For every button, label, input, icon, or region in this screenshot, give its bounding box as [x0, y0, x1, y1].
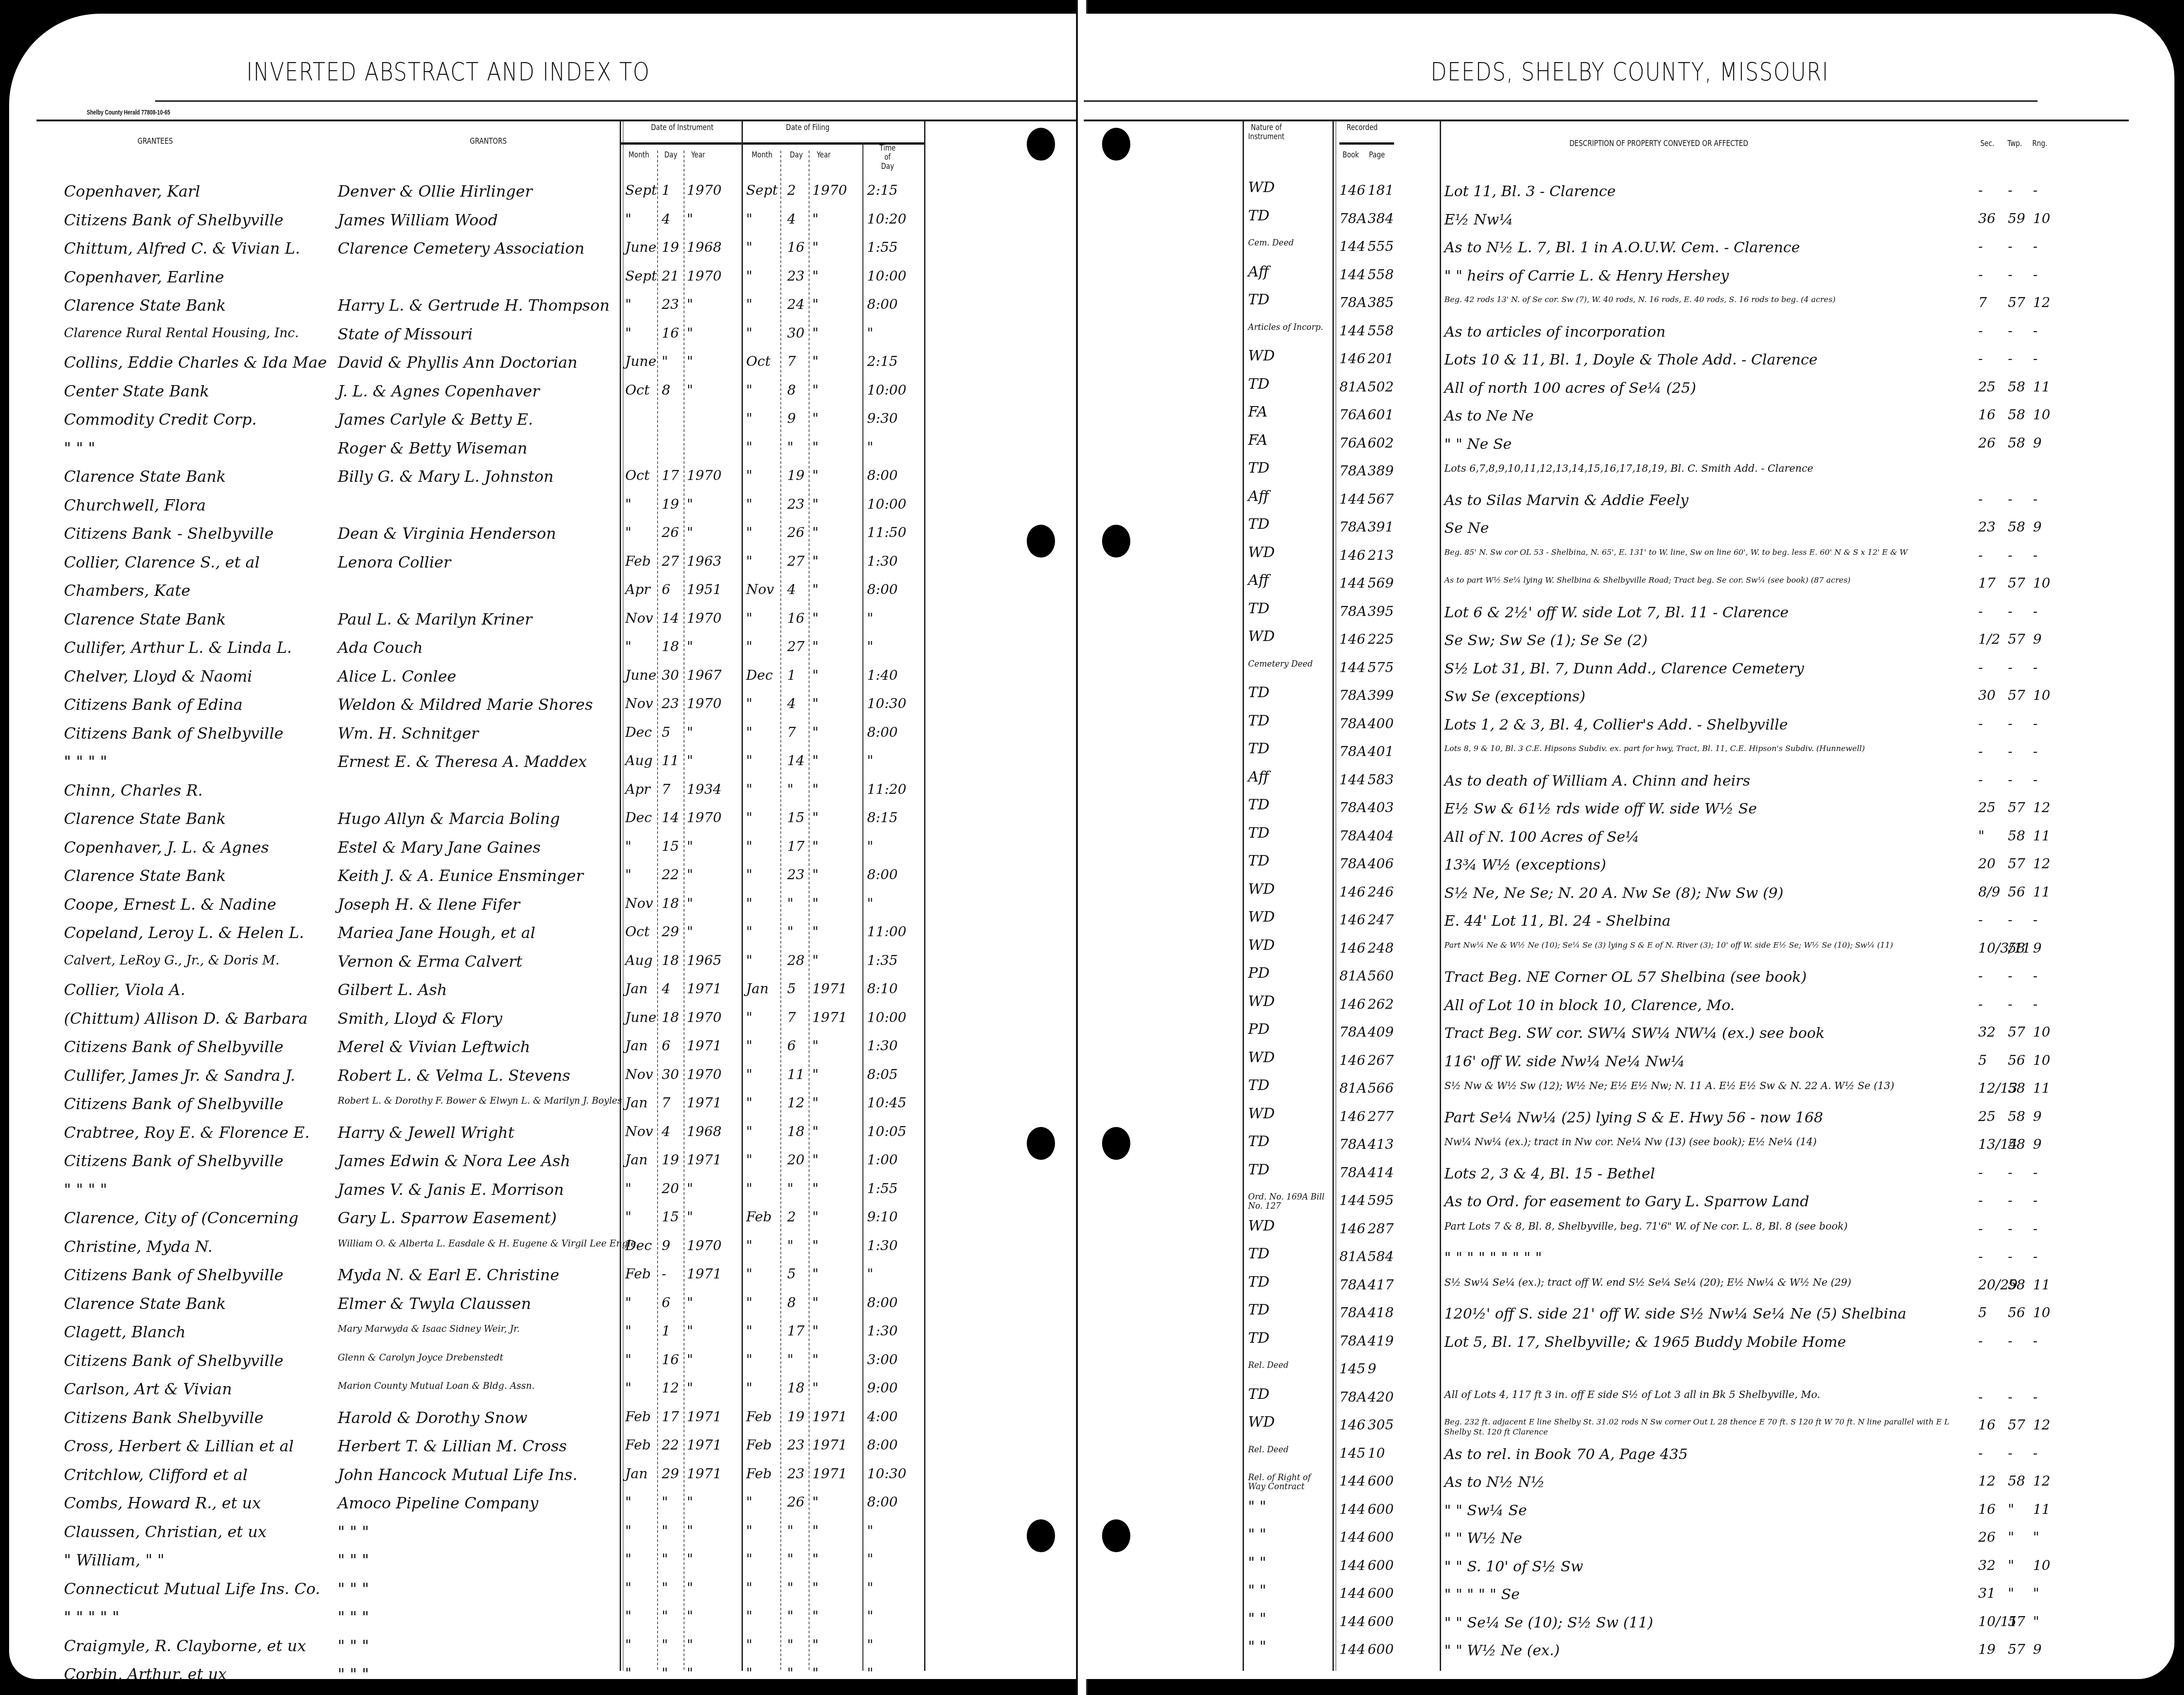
- page-cell: 385: [1368, 295, 1394, 311]
- instrument-day-cell: ": [662, 1665, 668, 1681]
- book-cell: 78A: [1339, 211, 1367, 227]
- instrument-day-cell: 30: [662, 1067, 679, 1083]
- ledger-row: " " " " "" " """""""": [9, 1608, 926, 1637]
- filing-year-cell: ": [812, 525, 819, 541]
- filing-month-cell: ": [746, 839, 752, 855]
- book-cell: 78A: [1339, 716, 1367, 732]
- instrument-year-cell: 1971: [687, 1437, 721, 1453]
- instrument-month-cell: Feb: [625, 1409, 651, 1425]
- nature-cell: Aff: [1248, 575, 1330, 584]
- instrument-month-cell: Feb: [625, 1266, 651, 1282]
- ledger-row: " William, " "" " """""""": [9, 1551, 926, 1580]
- grantee-cell: (Chittum) Allison D. & Barbara: [64, 1010, 308, 1028]
- grantee-cell: Citizens Bank of Edina: [64, 696, 243, 714]
- filing-month-cell: ": [746, 725, 752, 741]
- filing-year-cell: ": [812, 297, 819, 313]
- nature-cell: FA: [1248, 407, 1330, 416]
- sec-cell: -: [1978, 548, 1983, 563]
- instrument-day-cell: 17: [662, 468, 679, 484]
- instrument-year-cell: ": [687, 354, 693, 370]
- ledger-row: Collins, Eddie Charles & Ida MaeDavid & …: [9, 354, 926, 382]
- filing-month-cell: ": [746, 1380, 752, 1396]
- page-cell: 277: [1368, 1109, 1394, 1125]
- filing-day-cell: 4: [787, 582, 796, 598]
- filing-year-cell: ": [812, 1124, 819, 1140]
- time-of-day-cell: 2:15: [867, 183, 898, 198]
- rng-cell: -: [2033, 996, 2038, 1012]
- grantor-cell: " " ": [338, 1551, 369, 1570]
- instrument-year-cell: ": [687, 1494, 693, 1510]
- instrument-year-cell: ": [687, 896, 693, 912]
- sec-cell: 31: [1978, 1585, 1996, 1601]
- book-cell: 81A: [1339, 1249, 1367, 1265]
- time-of-day-cell: ": [867, 325, 873, 341]
- time-of-day-cell: 8:00: [867, 1494, 898, 1510]
- ledger-row: " "144600" " W½ Ne (ex.)19579: [1084, 1642, 2088, 1670]
- instrument-day-cell: 18: [662, 896, 679, 912]
- nature-cell: WD: [1248, 1053, 1330, 1062]
- instrument-year-cell: 1971: [687, 1152, 721, 1168]
- instrument-month-cell: Jan: [625, 1038, 648, 1054]
- ledger-row: Rel. Deed14510As to rel. in Book 70 A, P…: [1084, 1445, 2088, 1474]
- sec-cell: -: [1978, 1221, 1983, 1237]
- filing-day-cell: 7: [787, 725, 796, 741]
- filing-month-cell: ": [746, 1551, 752, 1567]
- nature-cell: Articles of Incorp.: [1248, 323, 1330, 332]
- nature-cell: " ": [1248, 1614, 1330, 1623]
- ledger-row: PD78A409Tract Beg. SW cor. SW¼ SW¼ NW¼ (…: [1084, 1024, 2088, 1053]
- grantee-cell: Crabtree, Roy E. & Florence E.: [64, 1124, 309, 1142]
- sec-cell: -: [1978, 1389, 1983, 1405]
- nature-cell: Aff: [1248, 772, 1330, 781]
- instrument-day-cell: 20: [662, 1181, 679, 1197]
- time-of-day-cell: 1:00: [867, 1152, 898, 1168]
- description-cell: Beg. 232 ft. adjacent E line Shelby St. …: [1444, 1417, 1974, 1437]
- filing-year-cell: ": [812, 411, 819, 427]
- nature-cell: WD: [1248, 884, 1330, 893]
- filing-day-cell: 9: [787, 411, 796, 427]
- book-cell: 78A: [1339, 295, 1367, 311]
- filing-month-cell: ": [746, 297, 752, 313]
- ledger-row: Clagett, BlanchMary Marwyda & Isaac Sidn…: [9, 1323, 926, 1352]
- sec-cell: -: [1978, 996, 1983, 1012]
- binder-hole: [1027, 525, 1055, 558]
- description-cell: Lots 2, 3 & 4, Bl. 15 - Bethel: [1444, 1165, 1655, 1182]
- grantor-cell: Dean & Virginia Henderson: [338, 525, 556, 543]
- sec-cell: 12: [1978, 1473, 1996, 1489]
- instrument-year-cell: 1970: [687, 1010, 721, 1026]
- instrument-day-cell: 18: [662, 953, 679, 969]
- ledger-row: TD78A389Lots 6,7,8,9,10,11,12,13,14,15,1…: [1084, 463, 2088, 492]
- rng-cell: 12: [2033, 800, 2050, 816]
- instrument-month-cell: ": [625, 1352, 632, 1368]
- ledger-row: Clarence State BankBilly G. & Mary L. Jo…: [9, 468, 926, 496]
- filing-year-cell: ": [812, 1637, 819, 1653]
- page-cell: 595: [1368, 1193, 1394, 1209]
- description-cell: E½ Nw¼: [1444, 211, 1513, 228]
- ledger-row: Clarence Rural Rental Housing, Inc.State…: [9, 325, 926, 354]
- instrument-day-cell: 8: [662, 382, 670, 398]
- filing-month-cell: ": [746, 268, 752, 284]
- grantee-cell: " William, " ": [64, 1551, 165, 1570]
- rng-cell: -: [2033, 912, 2038, 928]
- filing-year-cell: 1971: [812, 981, 847, 997]
- page-cell: 384: [1368, 211, 1394, 227]
- page-cell: 225: [1368, 631, 1394, 647]
- page-cell: 417: [1368, 1277, 1394, 1293]
- instrument-month-cell: Nov: [625, 610, 653, 626]
- instrument-month-cell: Dec: [625, 725, 652, 741]
- instrument-day-cell: 23: [662, 297, 679, 313]
- description-cell: All of N. 100 Acres of Se¼: [1444, 828, 1640, 845]
- ledger-row: Citizens Bank of EdinaWeldon & Mildred M…: [9, 696, 926, 725]
- printer-imprint: Shelby County Herald 77808-10-65: [87, 109, 170, 116]
- instrument-year-cell: ": [687, 1352, 693, 1368]
- description-cell: 116' off W. side Nw¼ Ne¼ Nw¼: [1444, 1053, 1685, 1070]
- instrument-year-cell: 1970: [687, 610, 721, 626]
- book-cell: 145: [1339, 1445, 1365, 1461]
- filing-day-cell: ": [787, 924, 794, 940]
- time-of-day-cell: 9:10: [867, 1209, 898, 1225]
- grantee-cell: Churchwell, Flora: [64, 496, 206, 515]
- page-cell: 420: [1368, 1389, 1394, 1405]
- sec-cell: -: [1978, 351, 1983, 367]
- ledger-row: WD146277Part Se¼ Nw¼ (25) lying S & E. H…: [1084, 1109, 2088, 1137]
- twp-cell: 57: [2008, 295, 2025, 311]
- time-of-day-cell: ": [867, 1637, 873, 1653]
- instrument-month-cell: ": [625, 525, 632, 541]
- instrument-month-cell: Jan: [625, 1152, 648, 1168]
- filing-year-cell: ": [812, 240, 819, 256]
- col-header-sec: Sec.: [1980, 139, 1995, 148]
- grantee-cell: " " " " ": [64, 1608, 119, 1627]
- instrument-day-cell: ": [662, 1551, 668, 1567]
- grantor-cell: Herbert T. & Lillian M. Cross: [338, 1437, 567, 1455]
- instrument-month-cell: Jan: [625, 981, 648, 997]
- filing-day-cell: 23: [787, 268, 805, 284]
- page-cell: 181: [1368, 183, 1394, 198]
- rng-cell: -: [2033, 267, 2038, 283]
- filing-year-cell: ": [812, 582, 819, 598]
- rng-cell: 9: [2033, 519, 2042, 535]
- binder-hole: [1102, 1519, 1130, 1552]
- filing-year-cell: 1971: [812, 1409, 847, 1425]
- col-header-nature: Nature of Instrument: [1243, 123, 1290, 141]
- instrument-month-cell: Sept: [625, 268, 657, 284]
- time-of-day-cell: 2:15: [867, 354, 898, 370]
- filing-month-cell: Feb: [746, 1437, 772, 1453]
- ledger-row: Connecticut Mutual Life Ins. Co." " """"…: [9, 1580, 926, 1609]
- page-cell: 404: [1368, 828, 1394, 844]
- instrument-month-cell: ": [625, 1551, 632, 1567]
- grantee-cell: " " ": [64, 439, 95, 458]
- instrument-year-cell: 1971: [687, 1466, 721, 1482]
- sec-cell: 19: [1978, 1642, 1996, 1658]
- book-cell: 146: [1339, 548, 1365, 563]
- rng-cell: 11: [2033, 1080, 2050, 1096]
- page-cell: 600: [1368, 1585, 1394, 1601]
- instrument-month-cell: Jan: [625, 1466, 648, 1482]
- grantee-cell: Citizens Bank of Shelbyville: [64, 1352, 283, 1370]
- instrument-day-cell: 14: [662, 810, 679, 826]
- filing-month-cell: ": [746, 325, 752, 341]
- book-cell: 144: [1339, 1502, 1365, 1518]
- instrument-day-cell: 11: [662, 753, 679, 769]
- grantee-cell: Calvert, LeRoy G., Jr., & Doris M.: [64, 953, 279, 968]
- twp-cell: -: [2008, 1249, 2012, 1265]
- instrument-month-cell: ": [625, 867, 632, 883]
- description-cell: Sw Se (exceptions): [1444, 688, 1585, 705]
- book-cell: 145: [1339, 1361, 1365, 1377]
- grantee-cell: Clarence State Bank: [64, 297, 226, 315]
- instrument-day-cell: 4: [662, 211, 670, 227]
- grantee-cell: Collins, Eddie Charles & Ida Mae: [64, 354, 327, 372]
- time-of-day-cell: 1:30: [867, 1323, 898, 1339]
- filing-day-cell: 11: [787, 1067, 805, 1083]
- instrument-day-cell: 27: [662, 553, 679, 569]
- book-cell: 146: [1339, 183, 1365, 198]
- filing-month-cell: ": [746, 496, 752, 512]
- ledger-row: TD78A384E½ Nw¼365910: [1084, 211, 2088, 240]
- filing-day-cell: 8: [787, 1295, 796, 1311]
- book-cell: 146: [1339, 631, 1365, 647]
- time-of-day-cell: 8:00: [867, 1437, 898, 1453]
- grantee-cell: Chittum, Alfred C. & Vivian L.: [64, 240, 300, 258]
- time-of-day-cell: 8:00: [867, 867, 898, 883]
- ledger-row: Claussen, Christian, et ux" " """""""": [9, 1523, 926, 1552]
- col-header-month: Month: [625, 151, 653, 160]
- filing-day-cell: 2: [787, 1209, 796, 1225]
- instrument-year-cell: ": [687, 297, 693, 313]
- book-cell: 144: [1339, 267, 1365, 283]
- grantor-cell: James Edwin & Nora Lee Ash: [338, 1152, 570, 1170]
- instrument-month-cell: Apr: [625, 782, 650, 798]
- ledger-row: TD78A414Lots 2, 3 & 4, Bl. 15 - Bethel--…: [1084, 1165, 2088, 1194]
- sec-cell: 32: [1978, 1024, 1996, 1040]
- grantor-cell: Glenn & Carolyn Joyce Drebenstedt: [338, 1352, 503, 1363]
- ledger-row: Cemetery Deed144575S½ Lot 31, Bl. 7, Dun…: [1084, 660, 2088, 688]
- nature-cell: Cemetery Deed: [1248, 660, 1330, 669]
- time-of-day-cell: 10:00: [867, 496, 906, 512]
- twp-cell: -: [2008, 491, 2012, 507]
- page-cell: 247: [1368, 912, 1394, 928]
- page-cell: 566: [1368, 1080, 1394, 1096]
- description-cell: As to Silas Marvin & Addie Feely: [1444, 491, 1688, 509]
- time-of-day-cell: 8:00: [867, 468, 898, 484]
- page-cell: 246: [1368, 884, 1394, 900]
- filing-year-cell: ": [812, 1665, 819, 1681]
- page-cell: 287: [1368, 1221, 1394, 1237]
- filing-day-cell: 4: [787, 211, 796, 227]
- ledger-row: Copenhaver, EarlineSept211970"23"10:00: [9, 268, 926, 297]
- twp-cell: 58: [2008, 828, 2025, 844]
- grantee-cell: Center State Bank: [64, 382, 209, 401]
- filing-year-cell: ": [812, 924, 819, 940]
- ledger-row: Copeland, Leroy L. & Helen L.Mariea Jane…: [9, 924, 926, 953]
- instrument-year-cell: ": [687, 1580, 693, 1596]
- time-of-day-cell: 4:00: [867, 1409, 898, 1425]
- filing-month-cell: ": [746, 1266, 752, 1282]
- twp-cell: ": [2008, 1502, 2014, 1518]
- filing-month-cell: ": [746, 782, 752, 798]
- page-cell: 600: [1368, 1614, 1394, 1630]
- grantee-cell: Christine, Myda N.: [64, 1238, 213, 1256]
- filing-day-cell: ": [787, 782, 794, 798]
- description-cell: " " " " " Se: [1444, 1585, 1520, 1603]
- nature-cell: TD: [1248, 1165, 1330, 1174]
- twp-cell: 58: [2008, 435, 2025, 451]
- page-cell: 413: [1368, 1137, 1394, 1153]
- filing-day-cell: 23: [787, 496, 805, 512]
- instrument-month-cell: June: [625, 240, 656, 256]
- col-header-filing-day: Day: [787, 151, 806, 160]
- instrument-day-cell: 30: [662, 668, 679, 683]
- nature-cell: WD: [1248, 631, 1330, 641]
- rng-cell: 9: [2033, 1109, 2042, 1125]
- time-of-day-cell: 11:00: [867, 924, 906, 940]
- filing-day-cell: 7: [787, 1010, 796, 1026]
- time-of-day-cell: ": [867, 1580, 873, 1596]
- rng-cell: ": [2033, 1529, 2039, 1545]
- instrument-month-cell: Oct: [625, 924, 649, 940]
- instrument-day-cell: 29: [662, 1466, 679, 1482]
- grantor-cell: " " ": [338, 1523, 369, 1541]
- filing-year-cell: ": [812, 1067, 819, 1083]
- instrument-day-cell: -: [662, 1266, 666, 1282]
- grantor-cell: State of Missouri: [338, 325, 473, 344]
- col-header-date-instrument: Date of Instrument: [632, 123, 733, 132]
- rng-cell: 10: [2033, 211, 2050, 227]
- instrument-month-cell: ": [625, 1323, 632, 1339]
- instrument-month-cell: ": [625, 496, 632, 512]
- book-cell: 78A: [1339, 688, 1367, 704]
- ledger-row: " " " "James V. & Janis E. Morrison"20""…: [9, 1181, 926, 1210]
- grantor-cell: John Hancock Mutual Life Ins.: [338, 1466, 577, 1484]
- instrument-day-cell: ": [662, 1494, 668, 1510]
- filing-month-cell: ": [746, 1665, 752, 1681]
- nature-cell: TD: [1248, 1305, 1330, 1314]
- sec-cell: ": [1978, 828, 1985, 844]
- description-cell: Se Ne: [1444, 519, 1489, 537]
- filing-year-cell: ": [812, 1494, 819, 1510]
- col-header-description: DESCRIPTION OF PROPERTY CONVEYED OR AFFE…: [1523, 139, 1795, 148]
- filing-month-cell: ": [746, 1637, 752, 1653]
- rng-cell: -: [2033, 1193, 2038, 1209]
- grantee-cell: Citizens Bank of Shelbyville: [64, 1266, 283, 1284]
- rng-cell: -: [2033, 323, 2038, 339]
- instrument-year-cell: 1934: [687, 782, 721, 798]
- filing-day-cell: ": [787, 896, 794, 912]
- rng-cell: 12: [2033, 1473, 2050, 1489]
- instrument-day-cell: 15: [662, 1209, 679, 1225]
- twp-cell: -: [2008, 968, 2012, 984]
- page-cell: 9: [1368, 1361, 1376, 1377]
- nature-cell: Ord. No. 169A Bill No. 127: [1248, 1193, 1330, 1211]
- filing-day-cell: ": [787, 1238, 794, 1254]
- filing-year-cell: ": [812, 639, 819, 655]
- time-of-day-cell: 10:00: [867, 1010, 906, 1026]
- nature-cell: WD: [1248, 996, 1330, 1006]
- filing-day-cell: 16: [787, 240, 805, 256]
- col-header-time: Time of Day: [878, 144, 898, 171]
- ledger-row: " " " "Ernest E. & Theresa A. MaddexAug1…: [9, 753, 926, 782]
- sec-cell: 26: [1978, 1529, 1996, 1545]
- grantee-cell: Commodity Credit Corp.: [64, 411, 257, 429]
- nature-cell: " ": [1248, 1502, 1330, 1511]
- description-cell: Lot 6 & 2½' off W. side Lot 7, Bl. 11 - …: [1444, 604, 1789, 621]
- description-cell: " " " " " " " " ": [1444, 1249, 1542, 1266]
- filing-month-cell: ": [746, 1067, 752, 1083]
- ledger-row: Citizens Bank of ShelbyvilleGlenn & Caro…: [9, 1352, 926, 1381]
- description-cell: As to Ord. for easement to Gary L. Sparr…: [1444, 1193, 1809, 1210]
- col-header-book: Book: [1341, 151, 1361, 160]
- filing-year-cell: ": [812, 1352, 819, 1368]
- ledger-row: Citizens Bank of ShelbyvilleJames Edwin …: [9, 1152, 926, 1181]
- filing-year-cell: ": [812, 268, 819, 284]
- time-of-day-cell: ": [867, 896, 873, 912]
- rule: [1084, 120, 2129, 121]
- instrument-day-cell: ": [662, 1523, 668, 1539]
- instrument-month-cell: ": [625, 297, 632, 313]
- nature-cell: Aff: [1248, 267, 1330, 276]
- filing-day-cell: ": [787, 1665, 794, 1681]
- book-cell: 144: [1339, 1529, 1365, 1545]
- grantor-cell: " " ": [338, 1608, 369, 1627]
- nature-cell: TD: [1248, 1249, 1330, 1258]
- filing-year-cell: ": [812, 382, 819, 398]
- ledger-row: Citizens Bank ShelbyvilleHarold & Doroth…: [9, 1409, 926, 1438]
- book-cell: 78A: [1339, 463, 1367, 479]
- description-cell: " " heirs of Carrie L. & Henry Hershey: [1444, 267, 1729, 284]
- instrument-year-cell: ": [687, 211, 693, 227]
- description-cell: Beg. 42 rods 13' N. of Se cor. Sw (7), W…: [1444, 295, 1835, 305]
- description-cell: Lot 11, Bl. 3 - Clarence: [1444, 183, 1616, 200]
- description-cell: As to Ne Ne: [1444, 407, 1534, 424]
- twp-cell: -: [2008, 239, 2012, 255]
- nature-cell: TD: [1248, 856, 1330, 865]
- ledger-row: Critchlow, Clifford et alJohn Hancock Mu…: [9, 1466, 926, 1495]
- instrument-year-cell: 1970: [687, 183, 721, 198]
- instrument-year-cell: ": [687, 1209, 693, 1225]
- instrument-day-cell: 19: [662, 240, 679, 256]
- instrument-month-cell: Nov: [625, 1067, 653, 1083]
- filing-year-cell: ": [812, 553, 819, 569]
- grantor-cell: Mary Marwyda & Isaac Sidney Weir, Jr.: [338, 1323, 520, 1334]
- ledger-row: TD78A404All of N. 100 Acres of Se¼"5811: [1084, 828, 2088, 857]
- rng-cell: 12: [2033, 1417, 2050, 1433]
- page-cell: 558: [1368, 267, 1394, 283]
- ledger-row: Commodity Credit Corp.James Carlyle & Be…: [9, 411, 926, 439]
- sec-cell: -: [1978, 716, 1983, 732]
- grantor-cell: Harry & Jewell Wright: [338, 1124, 514, 1142]
- ledger-row: Calvert, LeRoy G., Jr., & Doris M.Vernon…: [9, 953, 926, 981]
- binder-hole: [1102, 525, 1130, 558]
- nature-cell: PD: [1248, 968, 1330, 977]
- right-ledger-page: DEEDS, SHELBY COUNTY, MISSOURI Nature of…: [1084, 14, 2174, 1679]
- instrument-year-cell: ": [687, 639, 693, 655]
- filing-day-cell: 27: [787, 639, 805, 655]
- grantee-cell: Copenhaver, Earline: [64, 268, 224, 287]
- ledger-row: WD146267116' off W. side Nw¼ Ne¼ Nw¼5561…: [1084, 1053, 2088, 1081]
- ledger-row: Clarence, City of (ConcerningGary L. Spa…: [9, 1209, 926, 1238]
- instrument-month-cell: Feb: [625, 1437, 651, 1453]
- ledger-row: Cross, Herbert & Lillian et alHerbert T.…: [9, 1437, 926, 1466]
- ledger-row: FA76A602" " Ne Se26589: [1084, 435, 2088, 464]
- rng-cell: 10: [2033, 1024, 2050, 1040]
- ledger-row: TD78A400Lots 1, 2 & 3, Bl. 4, Collier's …: [1084, 716, 2088, 745]
- instrument-year-cell: 1971: [687, 981, 721, 997]
- twp-cell: ": [2008, 1585, 2014, 1601]
